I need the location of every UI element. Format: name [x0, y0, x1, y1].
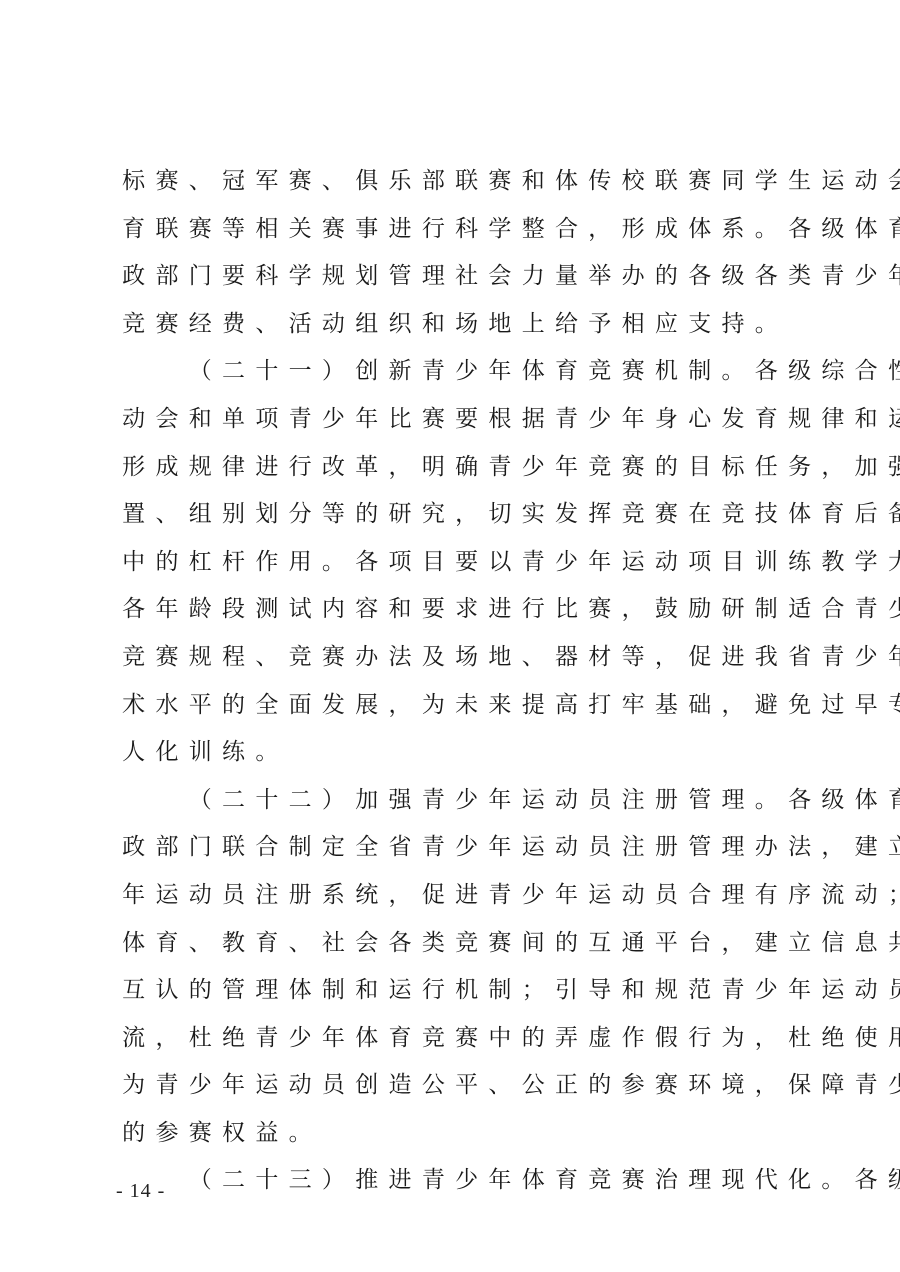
text-line: 流，杜绝青少年体育竞赛中的弄虚作假行为，杜绝使用兴奋剂， [117, 1015, 797, 1063]
page-number: - 14 - [116, 1180, 165, 1203]
text-line: 各年龄段测试内容和要求进行比赛，鼓励研制适合青少年特点的 [117, 586, 797, 634]
text-line: 动会和单项青少年比赛要根据青少年身心发育规律和运动技能 [117, 396, 797, 444]
text-line: 竞赛规程、竞赛办法及场地、器材等，促进我省青少年运动员技 [117, 634, 797, 682]
text-line: 置、组别划分等的研究，切实发挥竞赛在竞技体育后备人才培养 [117, 491, 797, 539]
section-heading-line: （二十一）创新青少年体育竞赛机制。各级综合性青少年运 [117, 348, 797, 396]
document-page: 标赛、冠军赛、俱乐部联赛和体传校联赛同学生运动会、校际体 育联赛等相关赛事进行科… [0, 0, 900, 1272]
text-line: 竞赛经费、活动组织和场地上给予相应支持。 [117, 301, 797, 349]
text-line: 年运动员注册系统，促进青少年运动员合理有序流动；研究搭建 [117, 872, 797, 920]
text-line: 政部门要科学规划管理社会力量举办的各级各类青少年比赛，在 [117, 253, 797, 301]
text-line: 术水平的全面发展，为未来提高打牢基础，避免过早专项化、成 [117, 682, 797, 730]
text-line: 政部门联合制定全省青少年运动员注册管理办法，建立全省青少 [117, 824, 797, 872]
text-line: 为青少年运动员创造公平、公正的参赛环境，保障青少年运动员 [117, 1062, 797, 1110]
text-line: 标赛、冠军赛、俱乐部联赛和体传校联赛同学生运动会、校际体 [117, 158, 797, 206]
section-heading-line: （二十三）推进青少年体育竞赛治理现代化。各级体育行政 [117, 1157, 797, 1205]
text-line: 体育、教育、社会各类竞赛间的互通平台，建立信息共享、资格 [117, 920, 797, 968]
body-text: 标赛、冠军赛、俱乐部联赛和体传校联赛同学生运动会、校际体 育联赛等相关赛事进行科… [117, 158, 797, 1205]
text-line: 中的杠杆作用。各项目要以青少年运动项目训练教学大纲规定的 [117, 539, 797, 587]
text-line: 的参赛权益。 [117, 1110, 797, 1158]
text-line: 人化训练。 [117, 729, 797, 777]
section-heading-line: （二十二）加强青少年运动员注册管理。各级体育、教育行 [117, 777, 797, 825]
text-line: 互认的管理体制和运行机制；引导和规范青少年运动员跨地区交 [117, 967, 797, 1015]
text-line: 育联赛等相关赛事进行科学整合，形成体系。各级体育、教育行 [117, 206, 797, 254]
text-line: 形成规律进行改革，明确青少年竞赛的目标任务，加强对项目设 [117, 444, 797, 492]
